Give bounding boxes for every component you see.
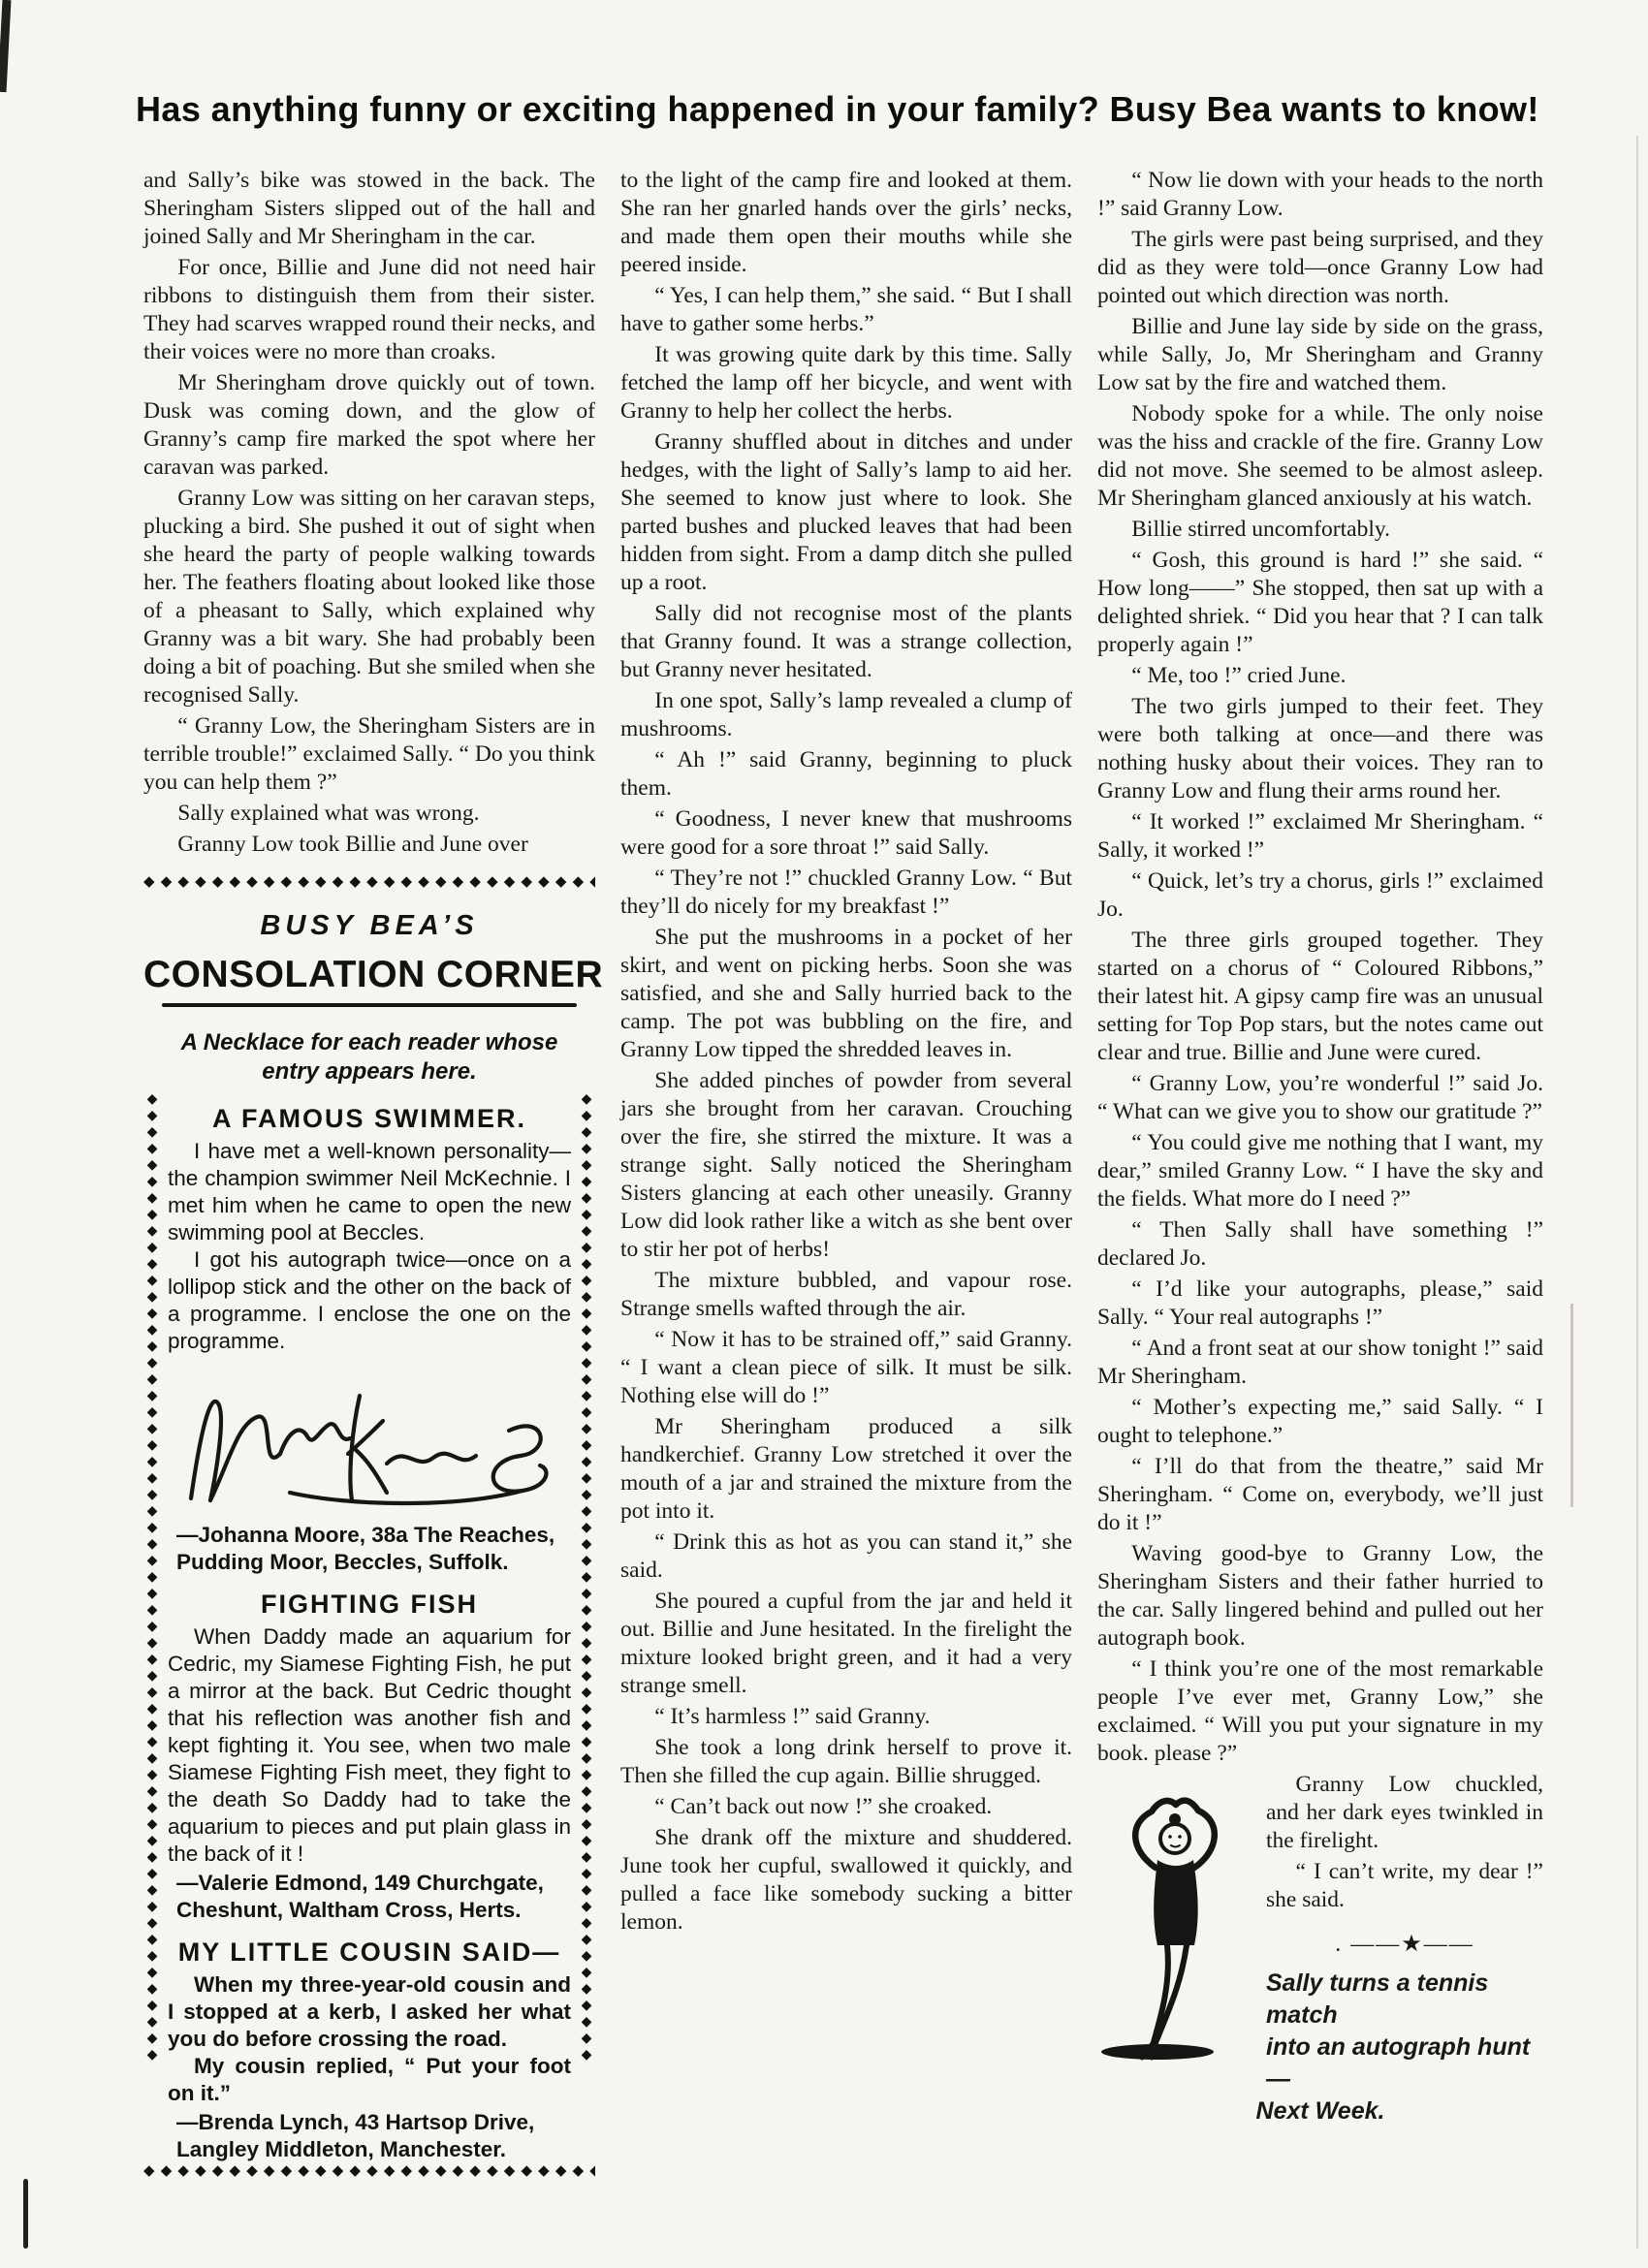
story-paragraph: “ You could give me nothing that I want,… xyxy=(1097,1129,1543,1213)
story-paragraph: In one spot, Sally’s lamp revealed a clu… xyxy=(620,687,1072,743)
story-paragraph: “ Now it has to be strained off,” said G… xyxy=(620,1326,1072,1410)
story-paragraph: “ They’re not !” chuckled Granny Low. “ … xyxy=(620,865,1072,921)
scan-artifact xyxy=(23,2179,28,2249)
diamond-border-left: ◆ ◆ ◆ ◆ ◆ ◆ ◆ ◆ ◆ ◆ ◆ ◆ ◆ ◆ ◆ ◆ ◆ ◆ ◆ ◆ … xyxy=(143,1090,161,2163)
teaser-line: Next Week. xyxy=(1097,2095,1543,2127)
story-paragraph: It was growing quite dark by this time. … xyxy=(620,341,1072,425)
entry-paragraph: When Daddy made an aquarium for Cedric, … xyxy=(168,1623,571,1868)
story-paragraph: Granny shuffled about in ditches and und… xyxy=(620,428,1072,597)
story-paragraph: “ I’d like your autographs, please,” sai… xyxy=(1097,1276,1543,1332)
diamond-border-top: ◆ ◆ ◆ ◆ ◆ ◆ ◆ ◆ ◆ ◆ ◆ ◆ ◆ ◆ ◆ ◆ ◆ ◆ ◆ ◆ … xyxy=(143,874,595,891)
entry-attribution: —Brenda Lynch, 43 Hartsop Drive, Langley… xyxy=(168,2109,571,2163)
story-paragraph: She put the mushrooms in a pocket of her… xyxy=(620,924,1072,1064)
entry-paragraph: When my three-year-old cousin and I stop… xyxy=(168,1971,571,2053)
story-paragraph: The girls were past being surprised, and… xyxy=(1097,226,1543,310)
consolation-frame: ◆ ◆ ◆ ◆ ◆ ◆ ◆ ◆ ◆ ◆ ◆ ◆ ◆ ◆ ◆ ◆ ◆ ◆ ◆ ◆ … xyxy=(143,1090,595,2163)
story-paragraph: “ Me, too !” cried June. xyxy=(1097,662,1543,690)
story-paragraph: Mr Sheringham drove quickly out of town.… xyxy=(143,369,595,482)
story-paragraph: “ Now lie down with your heads to the no… xyxy=(1097,167,1543,223)
story-paragraph: “ Mother’s expecting me,” said Sally. “ … xyxy=(1097,1394,1543,1450)
story-paragraph: For once, Billie and June did not need h… xyxy=(143,254,595,366)
story-paragraph: Sally explained what was wrong. xyxy=(143,800,595,828)
title-underline-rule xyxy=(162,1003,578,1007)
diamond-border-right: ◆ ◆ ◆ ◆ ◆ ◆ ◆ ◆ ◆ ◆ ◆ ◆ ◆ ◆ ◆ ◆ ◆ ◆ ◆ ◆ … xyxy=(578,1090,595,2163)
story-paragraph: “ Drink this as hot as you can stand it,… xyxy=(620,1528,1072,1585)
page-edge-line xyxy=(1636,136,1638,2249)
story-paragraph: “ And a front seat at our show tonight !… xyxy=(1097,1335,1543,1391)
entry-little-cousin: MY LITTLE COUSIN SAID— When my three-yea… xyxy=(168,1937,571,2163)
story-paragraph: and Sally’s bike was stowed in the back.… xyxy=(143,167,595,251)
story-paragraph: Billie and June lay side by side on the … xyxy=(1097,313,1543,397)
story-paragraph: “ Goodness, I never knew that mushrooms … xyxy=(620,805,1072,862)
magazine-page: Has anything funny or exciting happened … xyxy=(0,0,1648,2268)
entry-famous-swimmer: A FAMOUS SWIMMER. I have met a well-know… xyxy=(168,1104,571,1576)
entry-fighting-fish: FIGHTING FISH When Daddy made an aquariu… xyxy=(168,1590,571,1924)
entry-heading: FIGHTING FISH xyxy=(168,1590,571,1620)
entry-heading: A FAMOUS SWIMMER. xyxy=(168,1104,571,1134)
story-paragraph: “ Quick, let’s try a chorus, girls !” ex… xyxy=(1097,867,1543,924)
story-paragraph: “ It worked !” exclaimed Mr Sheringham. … xyxy=(1097,808,1543,865)
story-columns: and Sally’s bike was stowed in the back.… xyxy=(143,167,1543,2251)
entry-attribution: —Johanna Moore, 38a The Reaches, Pudding… xyxy=(168,1522,571,1576)
signature-image xyxy=(175,1370,563,1516)
consolation-corner-box: ◆ ◆ ◆ ◆ ◆ ◆ ◆ ◆ ◆ ◆ ◆ ◆ ◆ ◆ ◆ ◆ ◆ ◆ ◆ ◆ … xyxy=(143,874,595,2180)
story-paragraph: The mixture bubbled, and vapour rose. St… xyxy=(620,1267,1072,1323)
story-paragraph: Mr Sheringham produced a silk handkerchi… xyxy=(620,1413,1072,1526)
consolation-kicker: BUSY BEA’S xyxy=(143,910,595,942)
story-paragraph: She poured a cupful from the jar and hel… xyxy=(620,1588,1072,1700)
entry-heading: MY LITTLE COUSIN SAID— xyxy=(168,1937,571,1968)
story-paragraph: Granny Low took Billie and June over xyxy=(143,831,595,859)
story-paragraph: Granny Low was sitting on her caravan st… xyxy=(143,485,595,709)
story-text-col3: “ Now lie down with your heads to the no… xyxy=(1097,167,1543,1768)
story-text-col2: to the light of the camp fire and looked… xyxy=(620,167,1072,1937)
page-headline: Has anything funny or exciting happened … xyxy=(136,89,1532,130)
entry-paragraph: My cousin replied, “ Put your foot on it… xyxy=(168,2053,571,2107)
entry-paragraph: I got his autograph twice—once on a loll… xyxy=(168,1246,571,1355)
story-paragraph: “ Granny Low, you’re wonderful !” said J… xyxy=(1097,1070,1543,1126)
diamond-border-bottom: ◆ ◆ ◆ ◆ ◆ ◆ ◆ ◆ ◆ ◆ ◆ ◆ ◆ ◆ ◆ ◆ ◆ ◆ ◆ ◆ … xyxy=(143,2163,595,2180)
story-paragraph: “ It’s harmless !” said Granny. xyxy=(620,1703,1072,1731)
scan-artifact xyxy=(1570,1304,1573,1507)
story-paragraph: “ Yes, I can help them,” she said. “ But… xyxy=(620,282,1072,338)
story-paragraph: Sally did not recognise most of the plan… xyxy=(620,600,1072,684)
scan-artifact xyxy=(0,0,11,92)
story-paragraph: Billie stirred uncomfortably. xyxy=(1097,516,1543,544)
entry-attribution: —Valerie Edmond, 149 Churchgate, Cheshun… xyxy=(168,1870,571,1924)
story-paragraph: “ Gosh, this ground is hard !” she said.… xyxy=(1097,547,1543,659)
story-column3-tail: Granny Low chuckled, and her dark eyes t… xyxy=(1097,1771,1543,2127)
story-paragraph: She drank off the mixture and shuddered.… xyxy=(620,1824,1072,1937)
story-paragraph: “ Then Sally shall have something !” dec… xyxy=(1097,1216,1543,1273)
story-column-3: “ Now lie down with your heads to the no… xyxy=(1097,167,1543,2251)
story-paragraph: She took a long drink herself to prove i… xyxy=(620,1734,1072,1790)
ballerina-illustration xyxy=(1097,1779,1251,2065)
story-paragraph: She added pinches of powder from several… xyxy=(620,1067,1072,1264)
story-paragraph: “ I think you’re one of the most remarka… xyxy=(1097,1655,1543,1768)
consolation-entries: A FAMOUS SWIMMER. I have met a well-know… xyxy=(161,1090,578,2163)
story-paragraph: “ Ah !” said Granny, beginning to pluck … xyxy=(620,746,1072,803)
consolation-title: CONSOLATION CORNER xyxy=(143,954,595,996)
story-paragraph: Nobody spoke for a while. The only noise… xyxy=(1097,400,1543,513)
consolation-subtitle: A Necklace for each reader whose entry a… xyxy=(157,1028,582,1087)
story-paragraph: “ I’ll do that from the theatre,” said M… xyxy=(1097,1453,1543,1537)
entry-paragraph: I have met a well-known personality—the … xyxy=(168,1138,571,1246)
story-paragraph: The three girls grouped together. They s… xyxy=(1097,927,1543,1067)
story-paragraph: “ Can’t back out now !” she croaked. xyxy=(620,1793,1072,1821)
story-paragraph: The two girls jumped to their feet. They… xyxy=(1097,693,1543,805)
story-paragraph: “ Granny Low, the Sheringham Sisters are… xyxy=(143,712,595,797)
story-column-2: to the light of the camp fire and looked… xyxy=(620,167,1072,2251)
story-paragraph: Waving good-bye to Granny Low, the Sheri… xyxy=(1097,1540,1543,1653)
story-column-1: and Sally’s bike was stowed in the back.… xyxy=(143,167,595,2251)
story-paragraph: to the light of the camp fire and looked… xyxy=(620,167,1072,279)
story-text-col1: and Sally’s bike was stowed in the back.… xyxy=(143,167,595,859)
